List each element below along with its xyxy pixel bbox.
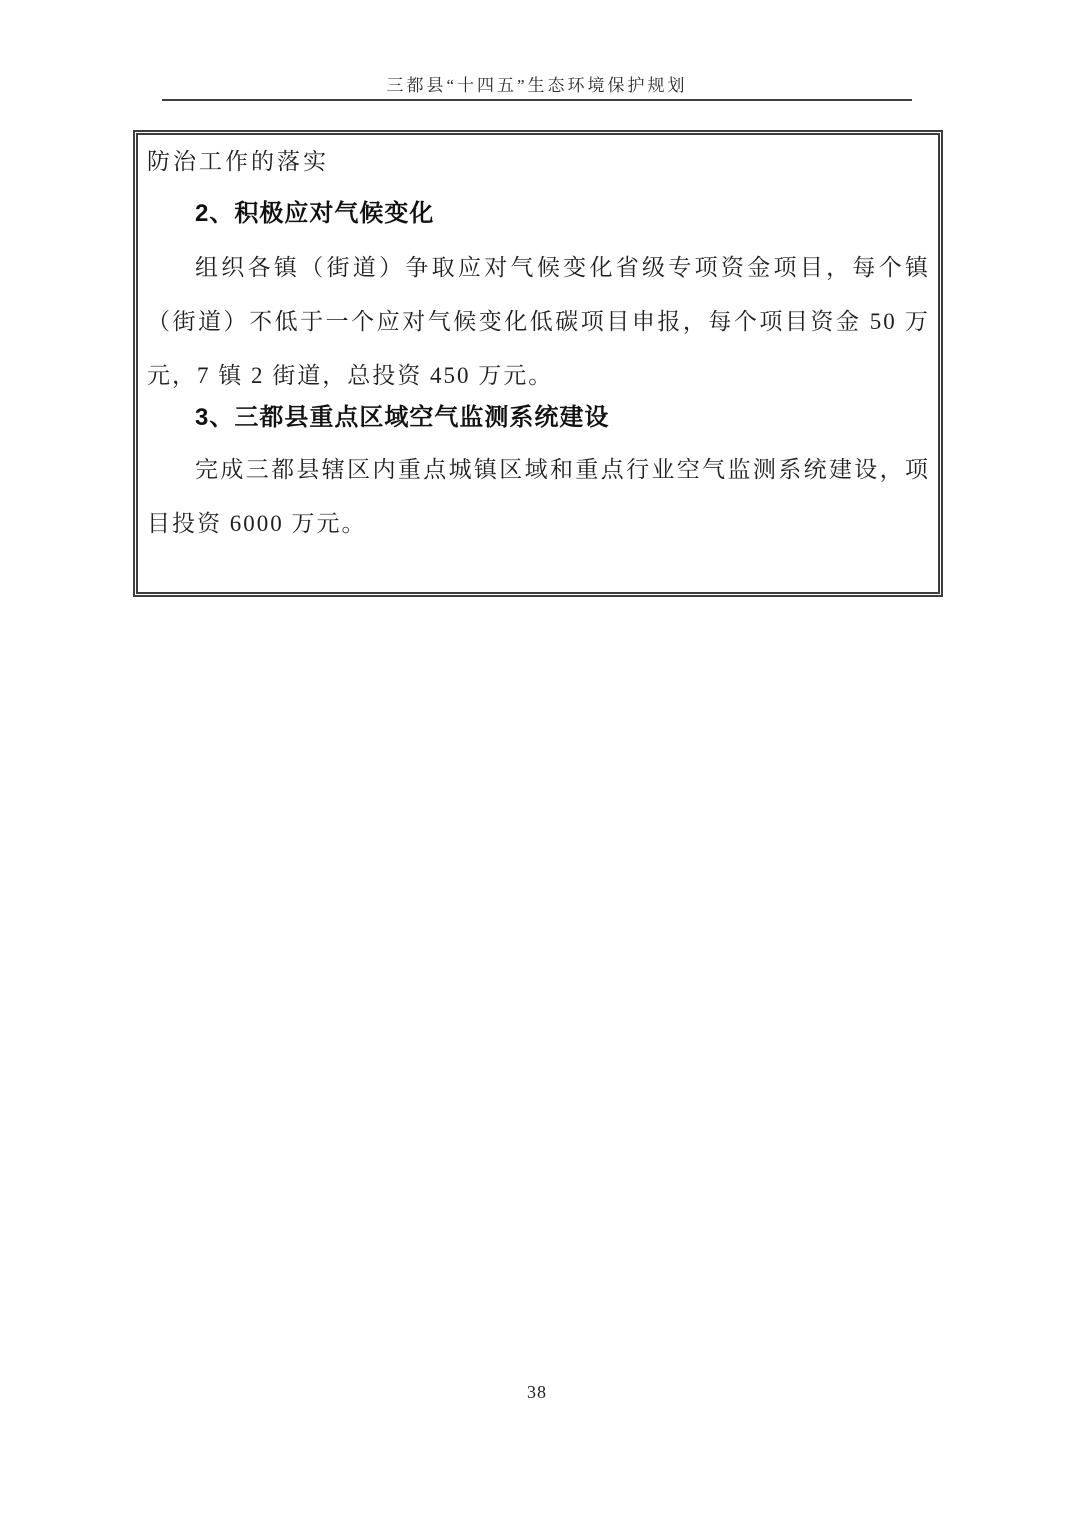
carryover-text: 防治工作的落实 — [147, 147, 930, 177]
page-header-title: 三都县“十四五”生态环境保护规划 — [0, 71, 1074, 96]
header-rule — [162, 99, 912, 101]
content-box: 防治工作的落实 2、积极应对气候变化 组织各镇（街道）争取应对气候变化省级专项资… — [133, 130, 943, 597]
document-page: 三都县“十四五”生态环境保护规划 防治工作的落实 2、积极应对气候变化 组织各镇… — [0, 0, 1074, 1520]
section-paragraph-air-monitoring: 完成三都县辖区内重点城镇区域和重点行业空气监测系统建设，项目投资 6000 万元… — [147, 443, 930, 551]
section-paragraph-climate: 组织各镇（街道）争取应对气候变化省级专项资金项目，每个镇（街道）不低于一个应对气… — [147, 241, 930, 403]
section-heading-climate: 2、积极应对气候变化 — [195, 199, 930, 229]
section-heading-air-monitoring: 3、三都县重点区域空气监测系统建设 — [195, 403, 930, 433]
page-number: 38 — [0, 1382, 1074, 1403]
